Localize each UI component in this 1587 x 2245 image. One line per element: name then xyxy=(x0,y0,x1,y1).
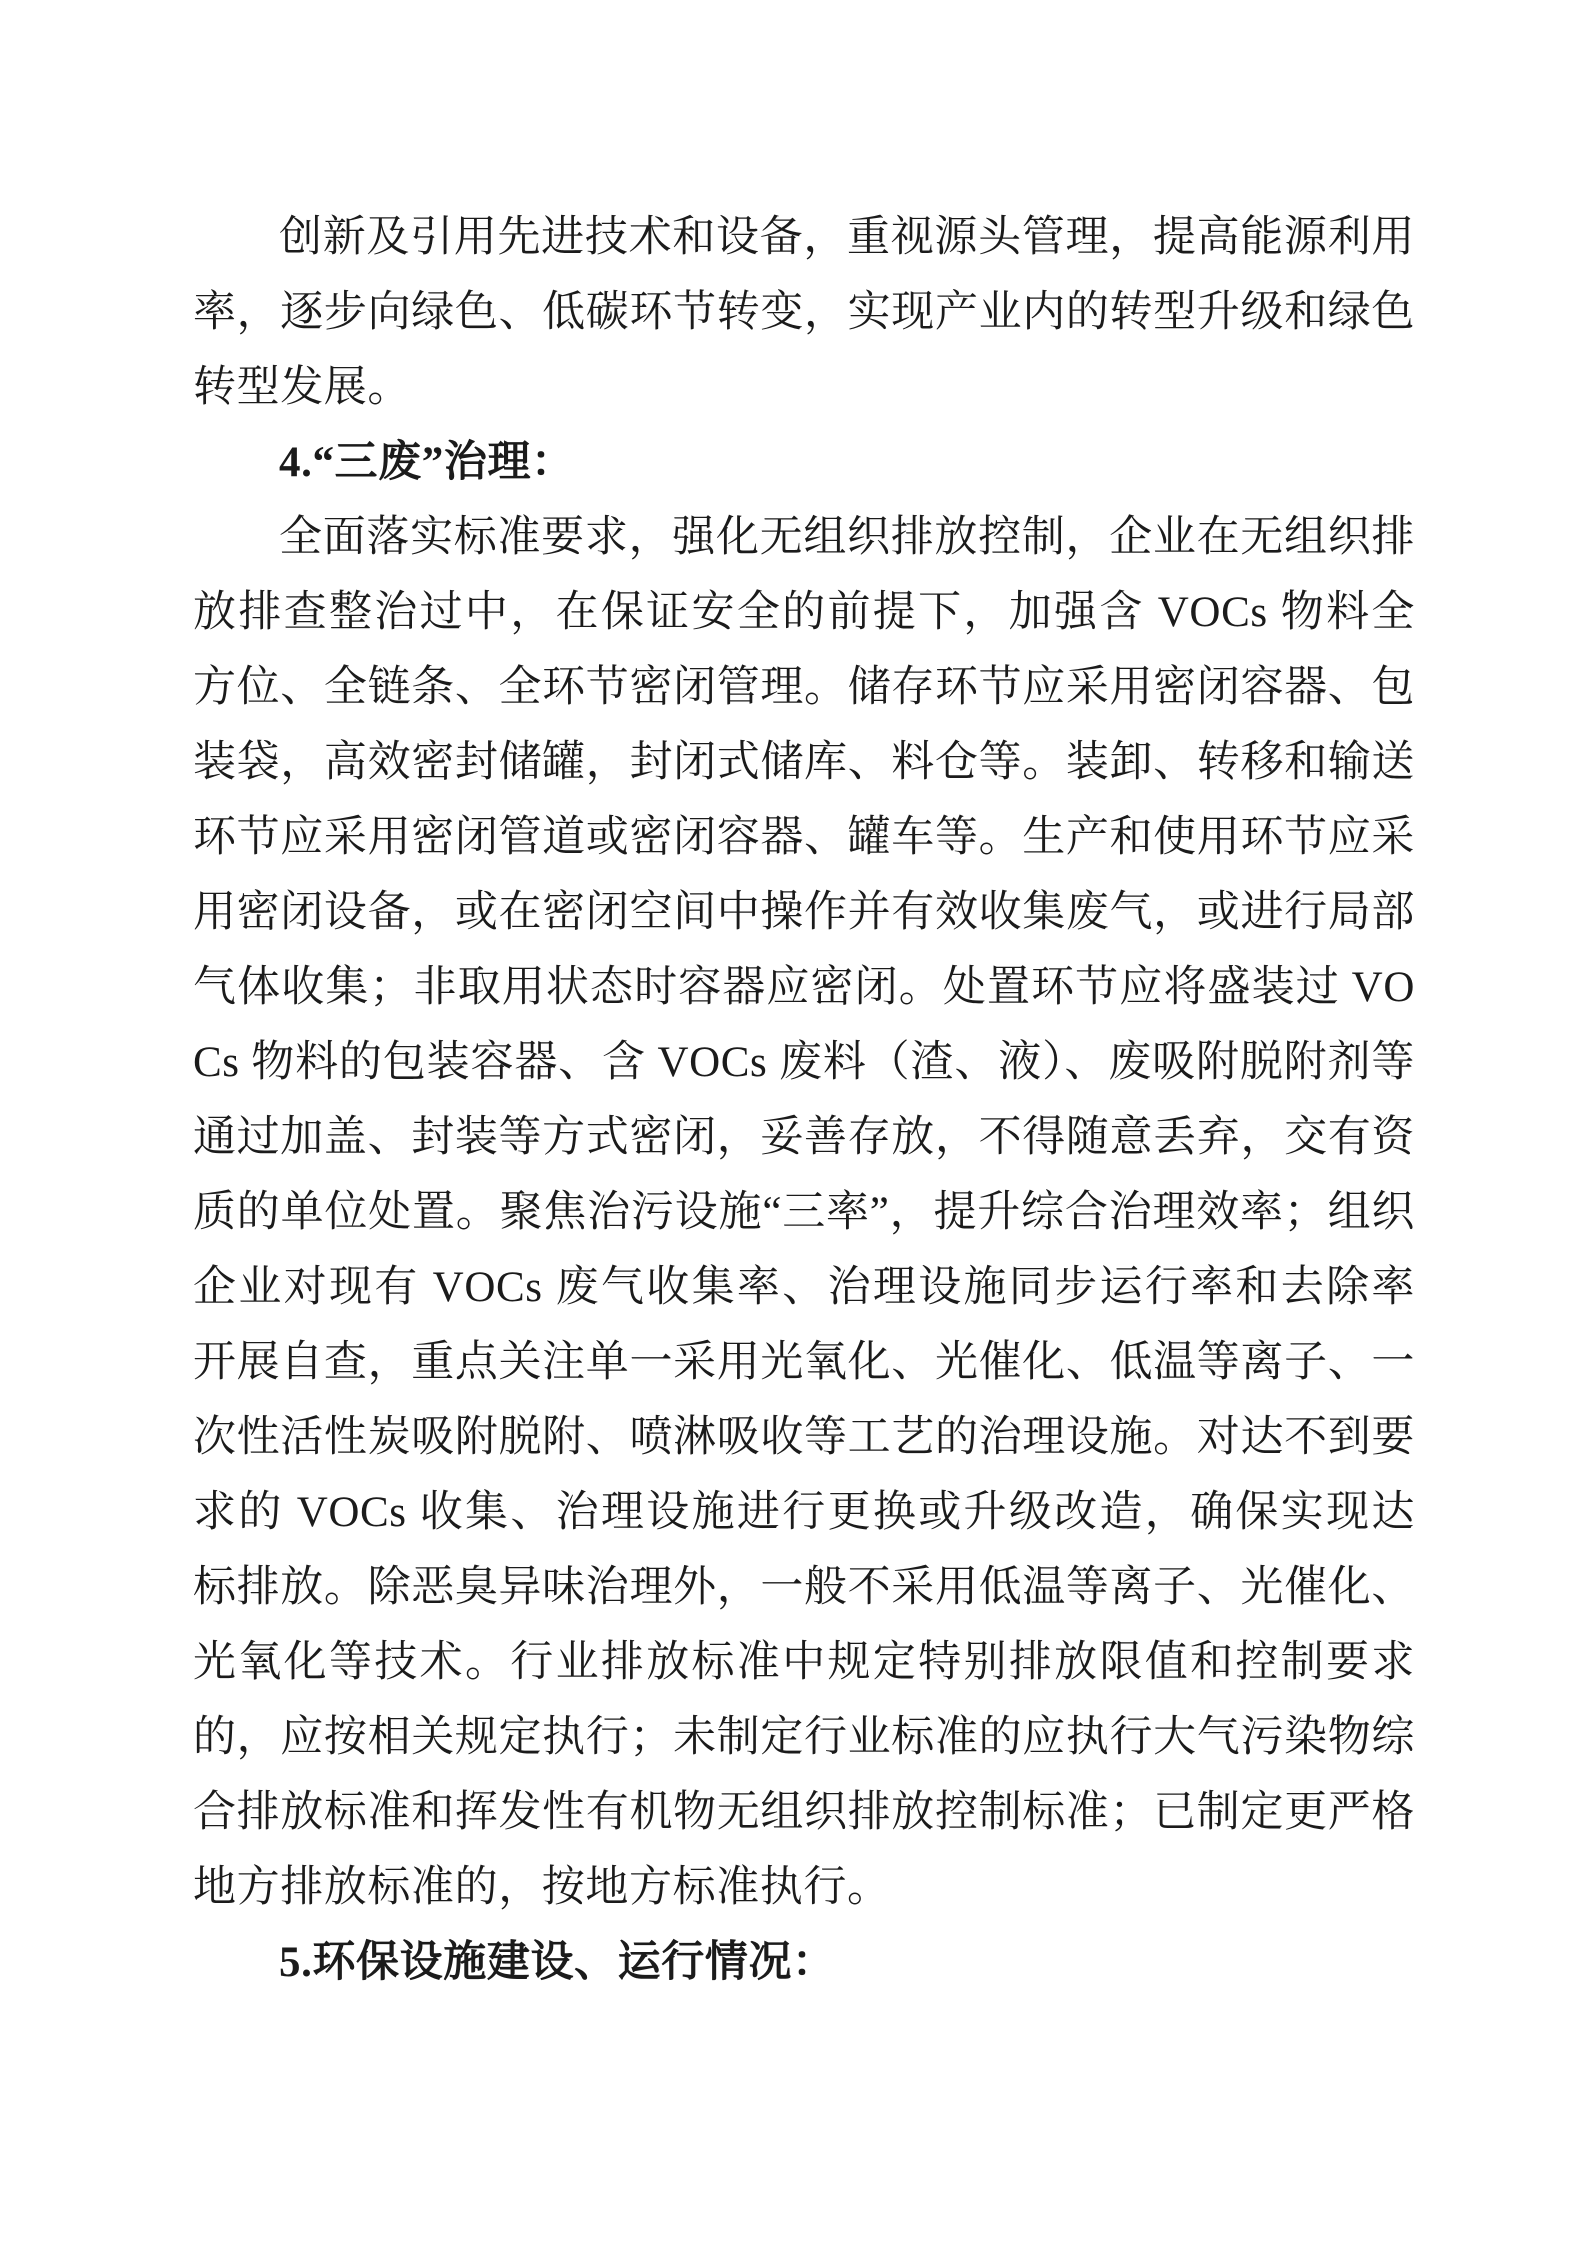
heading-section-5: 5.环保设施建设、运行情况： xyxy=(193,1925,1415,2000)
paragraph-green-transformation: 创新及引用先进技术和设备，重视源头管理，提高能源利用率，逐步向绿色、低碳环节转变… xyxy=(193,200,1415,425)
heading-section-4: 4.“三废”治理： xyxy=(193,425,1415,500)
document-page: 创新及引用先进技术和设备，重视源头管理，提高能源利用率，逐步向绿色、低碳环节转变… xyxy=(0,0,1587,2245)
paragraph-three-wastes-detail: 全面落实标准要求，强化无组织排放控制，企业在无组织排放排查整治过中，在保证安全的… xyxy=(193,500,1415,1925)
document-body: 创新及引用先进技术和设备，重视源头管理，提高能源利用率，逐步向绿色、低碳环节转变… xyxy=(193,200,1415,2000)
